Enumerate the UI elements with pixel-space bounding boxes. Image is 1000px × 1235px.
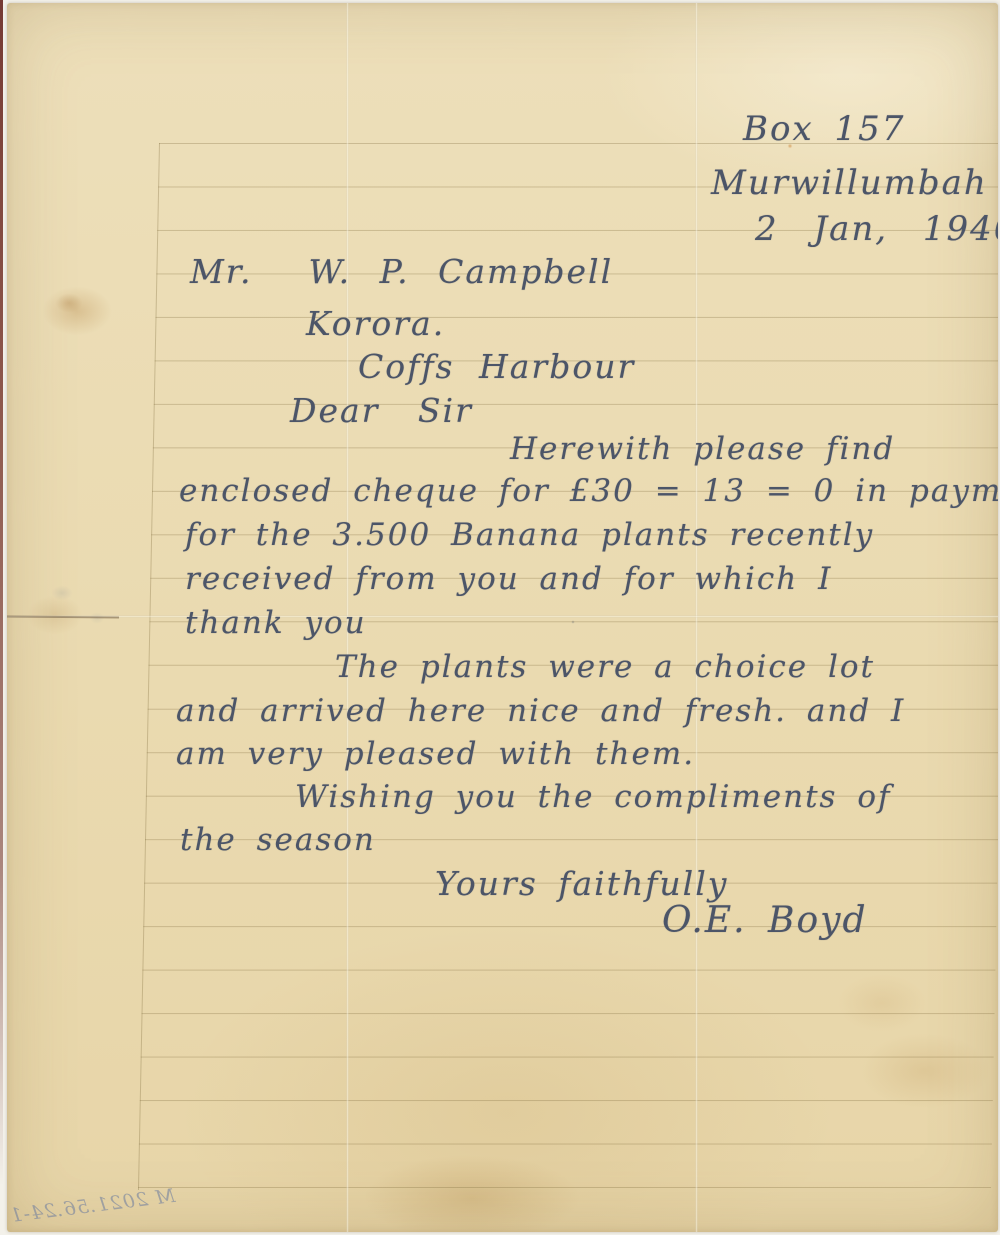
horizontal-fold-crease [7,615,998,618]
body-line: the season [180,822,376,858]
recipient-name-line: Mr.W. P. Campbell [190,252,613,291]
salutation: Dear Sir [290,391,473,430]
sender-place-line: Murwillumbah [711,163,988,203]
letter-date: 2 Jan, 1940 [755,209,998,249]
body-line: received from you and for which I [185,561,832,597]
body-line: Herewith please find [510,431,895,467]
body-line: and arrived here nice and fresh. and I [176,693,905,729]
body-line: thank you [185,605,367,641]
sender-box-line: Box 157 [743,109,905,149]
body-line: for the 3.500 Banana plants recently [185,517,874,553]
recipient-town: Coffs Harbour [358,347,635,386]
body-line: am very pleased with them. [176,736,695,772]
horizontal-fold-mark [7,616,119,619]
mirrored-catalog-number: M 2021.56.24-1 [8,1185,176,1227]
body-line: enclosed cheque for £30 = 13 = 0 in paym… [179,473,998,509]
valediction: Yours faithfully [435,864,728,903]
recipient-name: W. P. Campbell [308,252,613,291]
scan-edge-strip [0,0,3,1235]
recipient-prefix: Mr. [190,252,252,291]
letter-scan: Box 157 Murwillumbah 2 Jan, 1940 Mr.W. P… [0,0,1000,1235]
letter-paper: Box 157 Murwillumbah 2 Jan, 1940 Mr.W. P… [7,3,998,1232]
body-line: The plants were a choice lot [335,649,875,685]
recipient-locality: Korora. [306,304,445,343]
signature: O.E. Boyd [662,900,868,941]
body-line: Wishing you the compliments of [295,779,891,815]
